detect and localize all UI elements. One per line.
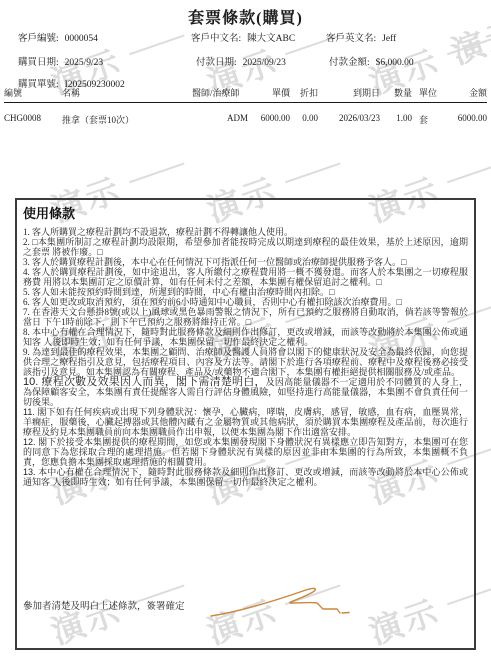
table-header-row: 編號 名稱 醫師/治療師 單價 折扣 到期日 數量 單位 金額 [4,86,487,103]
cell-practitioner: ADM [192,113,248,126]
customer-chinese-name-value: 陳大文ABC [247,34,295,44]
terms-item-6: 6. 客人如更改或取消預約，須在預約前6小時通知中心職員，否則中心有權扣除該次治… [23,297,468,307]
terms-item-4: 4. 客人於購買療程計劃後，如中途退出，客人所繳付之療程費用將一概不獲發還。而客… [23,267,468,287]
terms-item-2: 2. □本集團所制訂之療程計劃均設限期，希望參加者能按時完成以期達到療程的最佳效… [23,237,468,257]
table-row: CHG0008 推拿（套票10次） ADM 6000.00 0.00 2026/… [4,113,487,126]
cell-quantity: 1.00 [380,113,412,126]
customer-id-field: 客戶編號:0000054 [18,30,98,44]
terms-item-5: 5. 客人如未能按預約時間到達，所遲到的時間，中心有權由治療時間內扣除。□ [23,287,468,297]
terms-heading: 使用條款 [23,203,468,222]
customer-english-name-field: 客戶英文名:Jeff [326,30,396,44]
page-title: 套票條款(購買) [0,5,491,28]
customer-chinese-name-label: 客戶中文名: [191,34,241,44]
cell-unit: 套 [412,113,440,126]
payment-date-field: 付款日期:2025/09/23 [196,54,286,68]
payment-date-value: 2025/09/23 [243,58,286,68]
header-unit: 單位 [412,86,440,99]
terms-box: 使用條款 1. 客人所購買之療程計劃均不設退款，療程計劃不得轉讓他人使用。 2.… [15,198,476,650]
header-name: 名稱 [62,86,192,99]
terms-item-3: 3. 客人於購買療程計劃後，本中心在任何情況下可指派任何一位醫師或治療師提供服務… [23,257,468,267]
signature-path [211,588,349,616]
header-amount: 金額 [440,86,487,99]
cell-name: 推拿（套票10次） [62,113,192,126]
signature [205,578,360,631]
payment-amount-field: 付款金額:$6,000.00 [329,54,414,68]
header-practitioner: 醫師/治療師 [192,86,248,99]
payment-amount-value: $6,000.00 [376,58,414,68]
cell-unit-price: 6000.00 [248,113,290,126]
customer-english-name-value: Jeff [382,34,396,44]
purchase-date-value: 2025/9/23 [65,58,104,68]
purchase-date-label: 購買日期: [18,58,59,68]
terms-list: 1. 客人所購買之療程計劃均不設退款，療程計劃不得轉讓他人使用。 2. □本集團… [23,227,468,487]
payment-amount-label: 付款金額: [329,58,370,68]
terms-item-9: 9. 為達到最佳的療程效果，本集團之顧問、治療師及醫護人員將會以閣下的健康狀況及… [23,347,468,377]
header-quantity: 數量 [380,86,412,99]
terms-item-8: 8. 本中心有權在合理情況下，隨時對此服務條款及細則作出修訂，更改或增減，而該等… [23,327,468,347]
purchase-date-field: 購買日期:2025/9/23 [18,54,103,68]
terms-item-10: 10. 療程次數及效果因人而異，閣下需清楚明白，及因高能量儀器不一定適用於不同體… [23,377,468,407]
cell-expiry-date: 2026/03/23 [318,113,380,126]
terms-item-1: 1. 客人所購買之療程計劃均不設退款，療程計劃不得轉讓他人使用。 [23,227,468,237]
header-code: 編號 [4,86,62,99]
customer-id-label: 客戶編號: [18,34,59,44]
customer-id-value: 0000054 [65,34,98,44]
items-table: 編號 名稱 醫師/治療師 單價 折扣 到期日 數量 單位 金額 CHG0008 … [4,86,487,126]
signature-confirm-text: 參加者清楚及明白上述條款，簽署確定 [23,598,185,612]
cell-discount: 0.00 [290,113,318,126]
payment-date-label: 付款日期: [196,58,237,68]
terms-item-7: 7. 在香港天文台懸掛8號(或以上)風球或黑色暴雨警報之情況下，所有已預約之服務… [23,307,468,327]
header-discount: 折扣 [290,86,318,99]
document-page: 演示演示演示演示演示演示演示演示演示演示演示演示演示演示演示演示 套票條款(購買… [0,0,491,664]
header-expiry-date: 到期日 [318,86,380,99]
terms-item-13: 13. 本中心有權在合理情況下，隨時對此服務條款及細則作出修訂、更改或增減，而該… [23,467,468,487]
terms-item-11: 11. 閣下如有任何疾病或出現下列身體狀況：懷孕，心臟病，哮喘，皮膚病，感冒，敏… [23,407,468,437]
cell-code: CHG0008 [4,113,62,126]
terms-item-12: 12. 閣下於接受本集團提供的療程期間，如您或本集團發現閣下身體狀況有異樣應立即… [23,437,468,467]
customer-english-name-label: 客戶英文名: [326,34,376,44]
header-unit-price: 單價 [248,86,290,99]
customer-chinese-name-field: 客戶中文名:陳大文ABC [191,30,295,44]
signature-image [205,578,360,626]
cell-amount: 6000.00 [440,113,487,126]
